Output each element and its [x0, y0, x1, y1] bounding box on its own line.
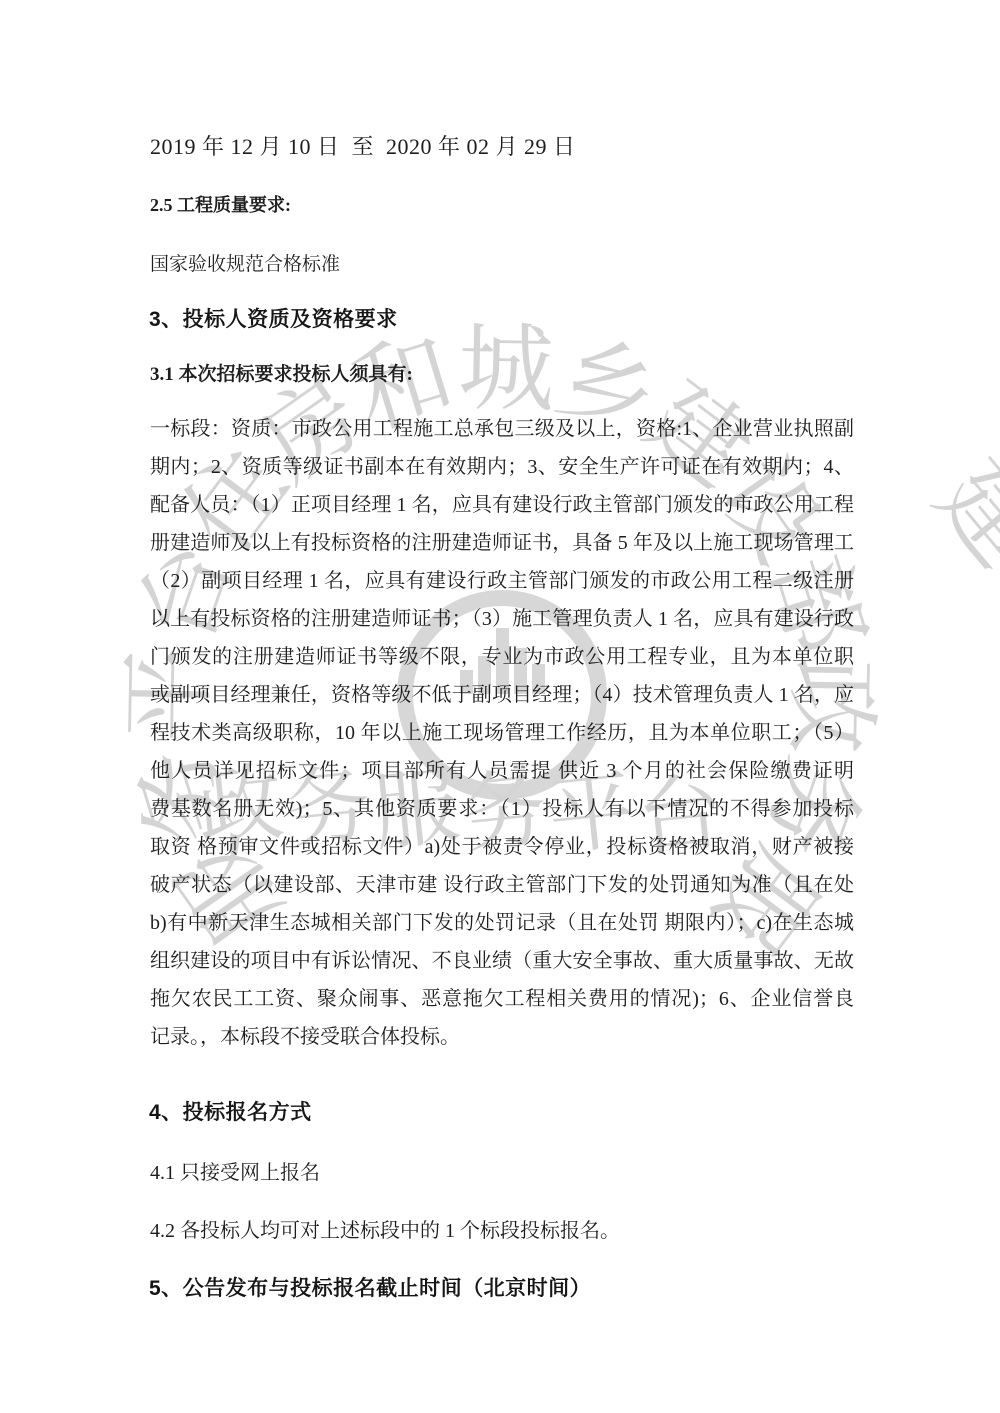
- item-online-registration-only: 4.1 只接受网上报名: [150, 1156, 320, 1185]
- paragraph-line: 或副项目经理兼任，资格等级不低于副项目经理；（4）技术管理负责人 1 名，应具有…: [150, 676, 854, 714]
- paragraph-line: 配备人员：（1）正项目经理 1 名，应具有建设行政主管部门颁发的市政公用工程二级…: [150, 486, 854, 524]
- heading-announcement-deadline: 5、公告发布与投标报名截止时间（北京时间）: [149, 1272, 591, 1302]
- paragraph-line: 组织建设的项目中有诉讼情况、不良业绩（重大安全事故、重大质量事故、无故拖延 工期…: [150, 942, 854, 980]
- qualification-paragraph: 一标段：资质：市政公用工程施工总承包三级及以上，资格:1、企业营业执照副本在有效…: [150, 410, 854, 1056]
- heading-bidder-qualification: 3、投标人资质及资格要求: [149, 303, 398, 333]
- paragraph-line: 册建造师及以上有投标资格的注册建造师证书，具备 5 年及以上施工现场管理工作经历…: [150, 524, 854, 562]
- paragraph-line: （2）副项目经理 1 名，应具有建设行政主管部门颁发的市政公用工程二级注册建造师…: [150, 562, 854, 600]
- paragraph-line: 一标段：资质：市政公用工程施工总承包三级及以上，资格:1、企业营业执照副本在有效: [150, 410, 854, 448]
- paragraph-line: 取资 格预审文件或招标文件）a)处于被责令停业，投标资格被取消，财产被接管、冻结…: [150, 828, 854, 866]
- validity-date-range: 2019 年 12 月 10 日 至 2020 年 02 月 29 日: [150, 130, 576, 161]
- heading-registration-method: 4、投标报名方式: [149, 1096, 312, 1126]
- paragraph-line: 门颁发的注册建造师证书等级不限，专业为市政公用工程专业，且为本单位职工；须由正: [150, 638, 854, 676]
- paragraph-line: 记录。，本标段不接受联合体投标。: [150, 1018, 854, 1056]
- paragraph-line: 拖欠农民工工资、聚众闹事、恶意拖欠工程相关费用的情况)；6、企业信誉良好，无诉讼: [150, 980, 854, 1018]
- paragraph-line: 以上有投标资格的注册建造师证书；（3）施工管理负责人 1 名，应具有建设行政主管…: [150, 600, 854, 638]
- paragraph-line: 费基数名册无效)；5、其他资质要求：（1）投标人有以下情况的不得参加投标（不得领: [150, 790, 854, 828]
- heading-project-quality: 2.5 工程质量要求:: [150, 191, 291, 217]
- paragraph-line: 他人员详见招标文件；项目部所有人员需提 供近 3 个月的社会保险缴费证明（其他如…: [150, 752, 854, 790]
- quality-standard-text: 国家验收规范合格标准: [150, 249, 340, 276]
- paragraph-line: 程技术类高级职称，10 年以上施工现场管理工作经历，且为本单位职工；（5）项目部…: [150, 714, 854, 752]
- item-one-section-per-bidder: 4.2 各投标人均可对上述标段中的 1 个标段投标报名。: [150, 1214, 620, 1243]
- tender-notice-page: 2019 年 12 月 10 日 至 2020 年 02 月 29 日 2.5 …: [0, 0, 1000, 1413]
- paragraph-line: 破产状态（以建设部、天津市建 设行政主管部门下发的处罚通知为准（且在处罚期限内）…: [150, 866, 854, 904]
- paragraph-line: 期内；2、资质等级证书副本在有效期内；3、安全生产许可证在有效期内；4、本项目应: [150, 448, 854, 486]
- heading-bidder-must-have: 3.1 本次招标要求投标人须具有:: [150, 359, 413, 386]
- paragraph-line: b)有中新天津生态城相关部门下发的处罚记录（且在处罚 期限内）；c)在生态城相关…: [150, 904, 854, 942]
